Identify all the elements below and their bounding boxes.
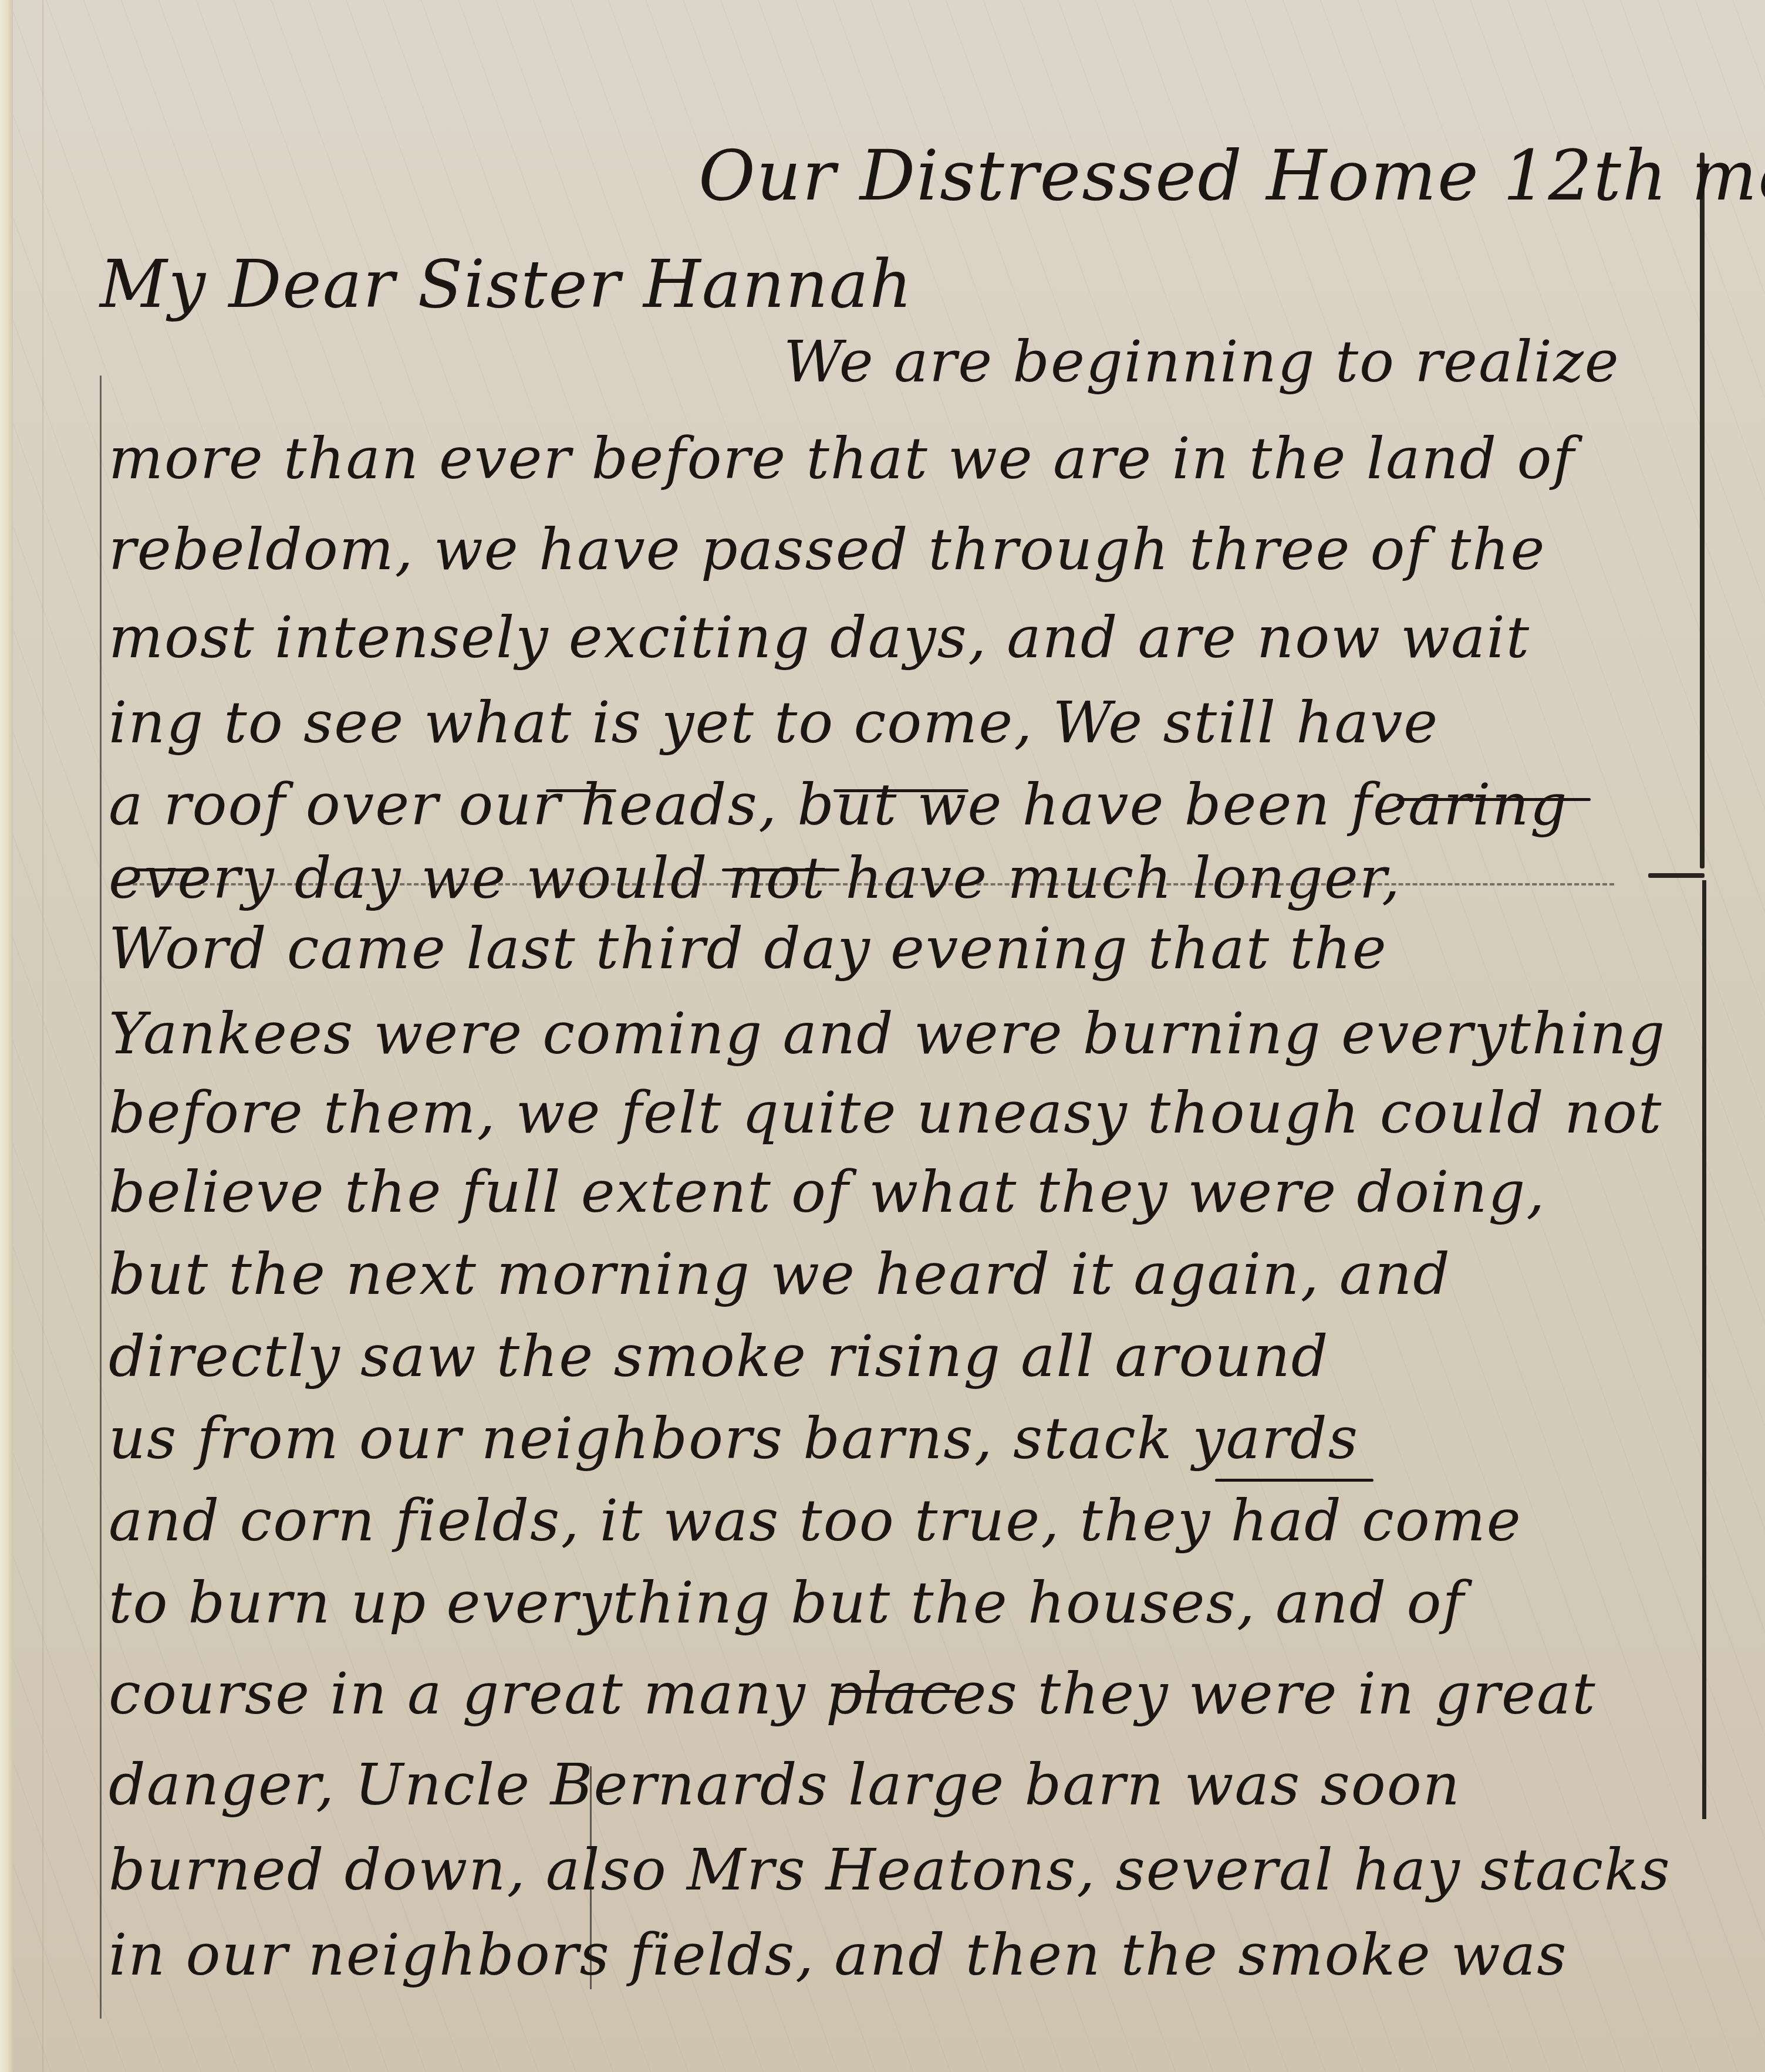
letter-line: more than ever before that we are in the… <box>109 425 1575 492</box>
right-margin-bracket-tick <box>1648 873 1705 878</box>
ink-underline <box>1215 1479 1373 1482</box>
right-margin-bracket <box>1700 153 1705 868</box>
ink-underline <box>839 1690 957 1693</box>
letter-line: course in a great many places they were … <box>109 1661 1597 1728</box>
paper-fold-line <box>42 0 43 2072</box>
desk-edge <box>0 0 13 2072</box>
ink-underline <box>833 789 968 792</box>
letter-line: every day we would not have much longer, <box>109 845 1401 912</box>
letter-line: rebeldom, we have passed through three o… <box>109 516 1545 583</box>
letter-line: before them, we felt quite uneasy though… <box>109 1080 1662 1147</box>
letter-line: Yankees were coming and were burning eve… <box>109 1000 1666 1067</box>
ink-underline <box>722 868 839 871</box>
ink-underline <box>135 868 205 871</box>
letter-line: a roof over our heads, but we have been … <box>109 772 1568 839</box>
letter-line: directly saw the smoke rising all around <box>109 1323 1329 1390</box>
letter-line: in our neighbors fields, and then the sm… <box>109 1922 1568 1989</box>
letter-line: Word came last third day evening that th… <box>109 915 1388 982</box>
letter-salutation: My Dear Sister Hannah <box>100 246 913 323</box>
right-margin-bracket-lower <box>1702 880 1706 1819</box>
letter-line: danger, Uncle Bernards large barn was so… <box>109 1752 1461 1819</box>
letter-line: believe the full extent of what they wer… <box>109 1159 1545 1226</box>
letter-line: and corn fields, it was too true, they h… <box>109 1488 1522 1554</box>
letter-line: us from our neighbors barns, stack yards <box>109 1405 1359 1472</box>
ink-underline <box>1397 798 1591 801</box>
letter-line: but the next morning we heard it again, … <box>109 1241 1451 1308</box>
letter-line: burned down, also Mrs Heatons, several h… <box>109 1837 1671 1904</box>
ink-underline <box>546 789 616 792</box>
letter-heading: Our Distressed Home 12th mo 3d <box>698 135 1765 216</box>
letter-line: ing to see what is yet to come, We still… <box>109 689 1439 756</box>
letter-line: We are beginning to realize <box>784 329 1620 396</box>
letter-line: to burn up everything but the houses, an… <box>109 1570 1465 1637</box>
letter-line: most intensely exciting days, and are no… <box>109 604 1530 671</box>
left-margin-bracket <box>100 376 102 2019</box>
